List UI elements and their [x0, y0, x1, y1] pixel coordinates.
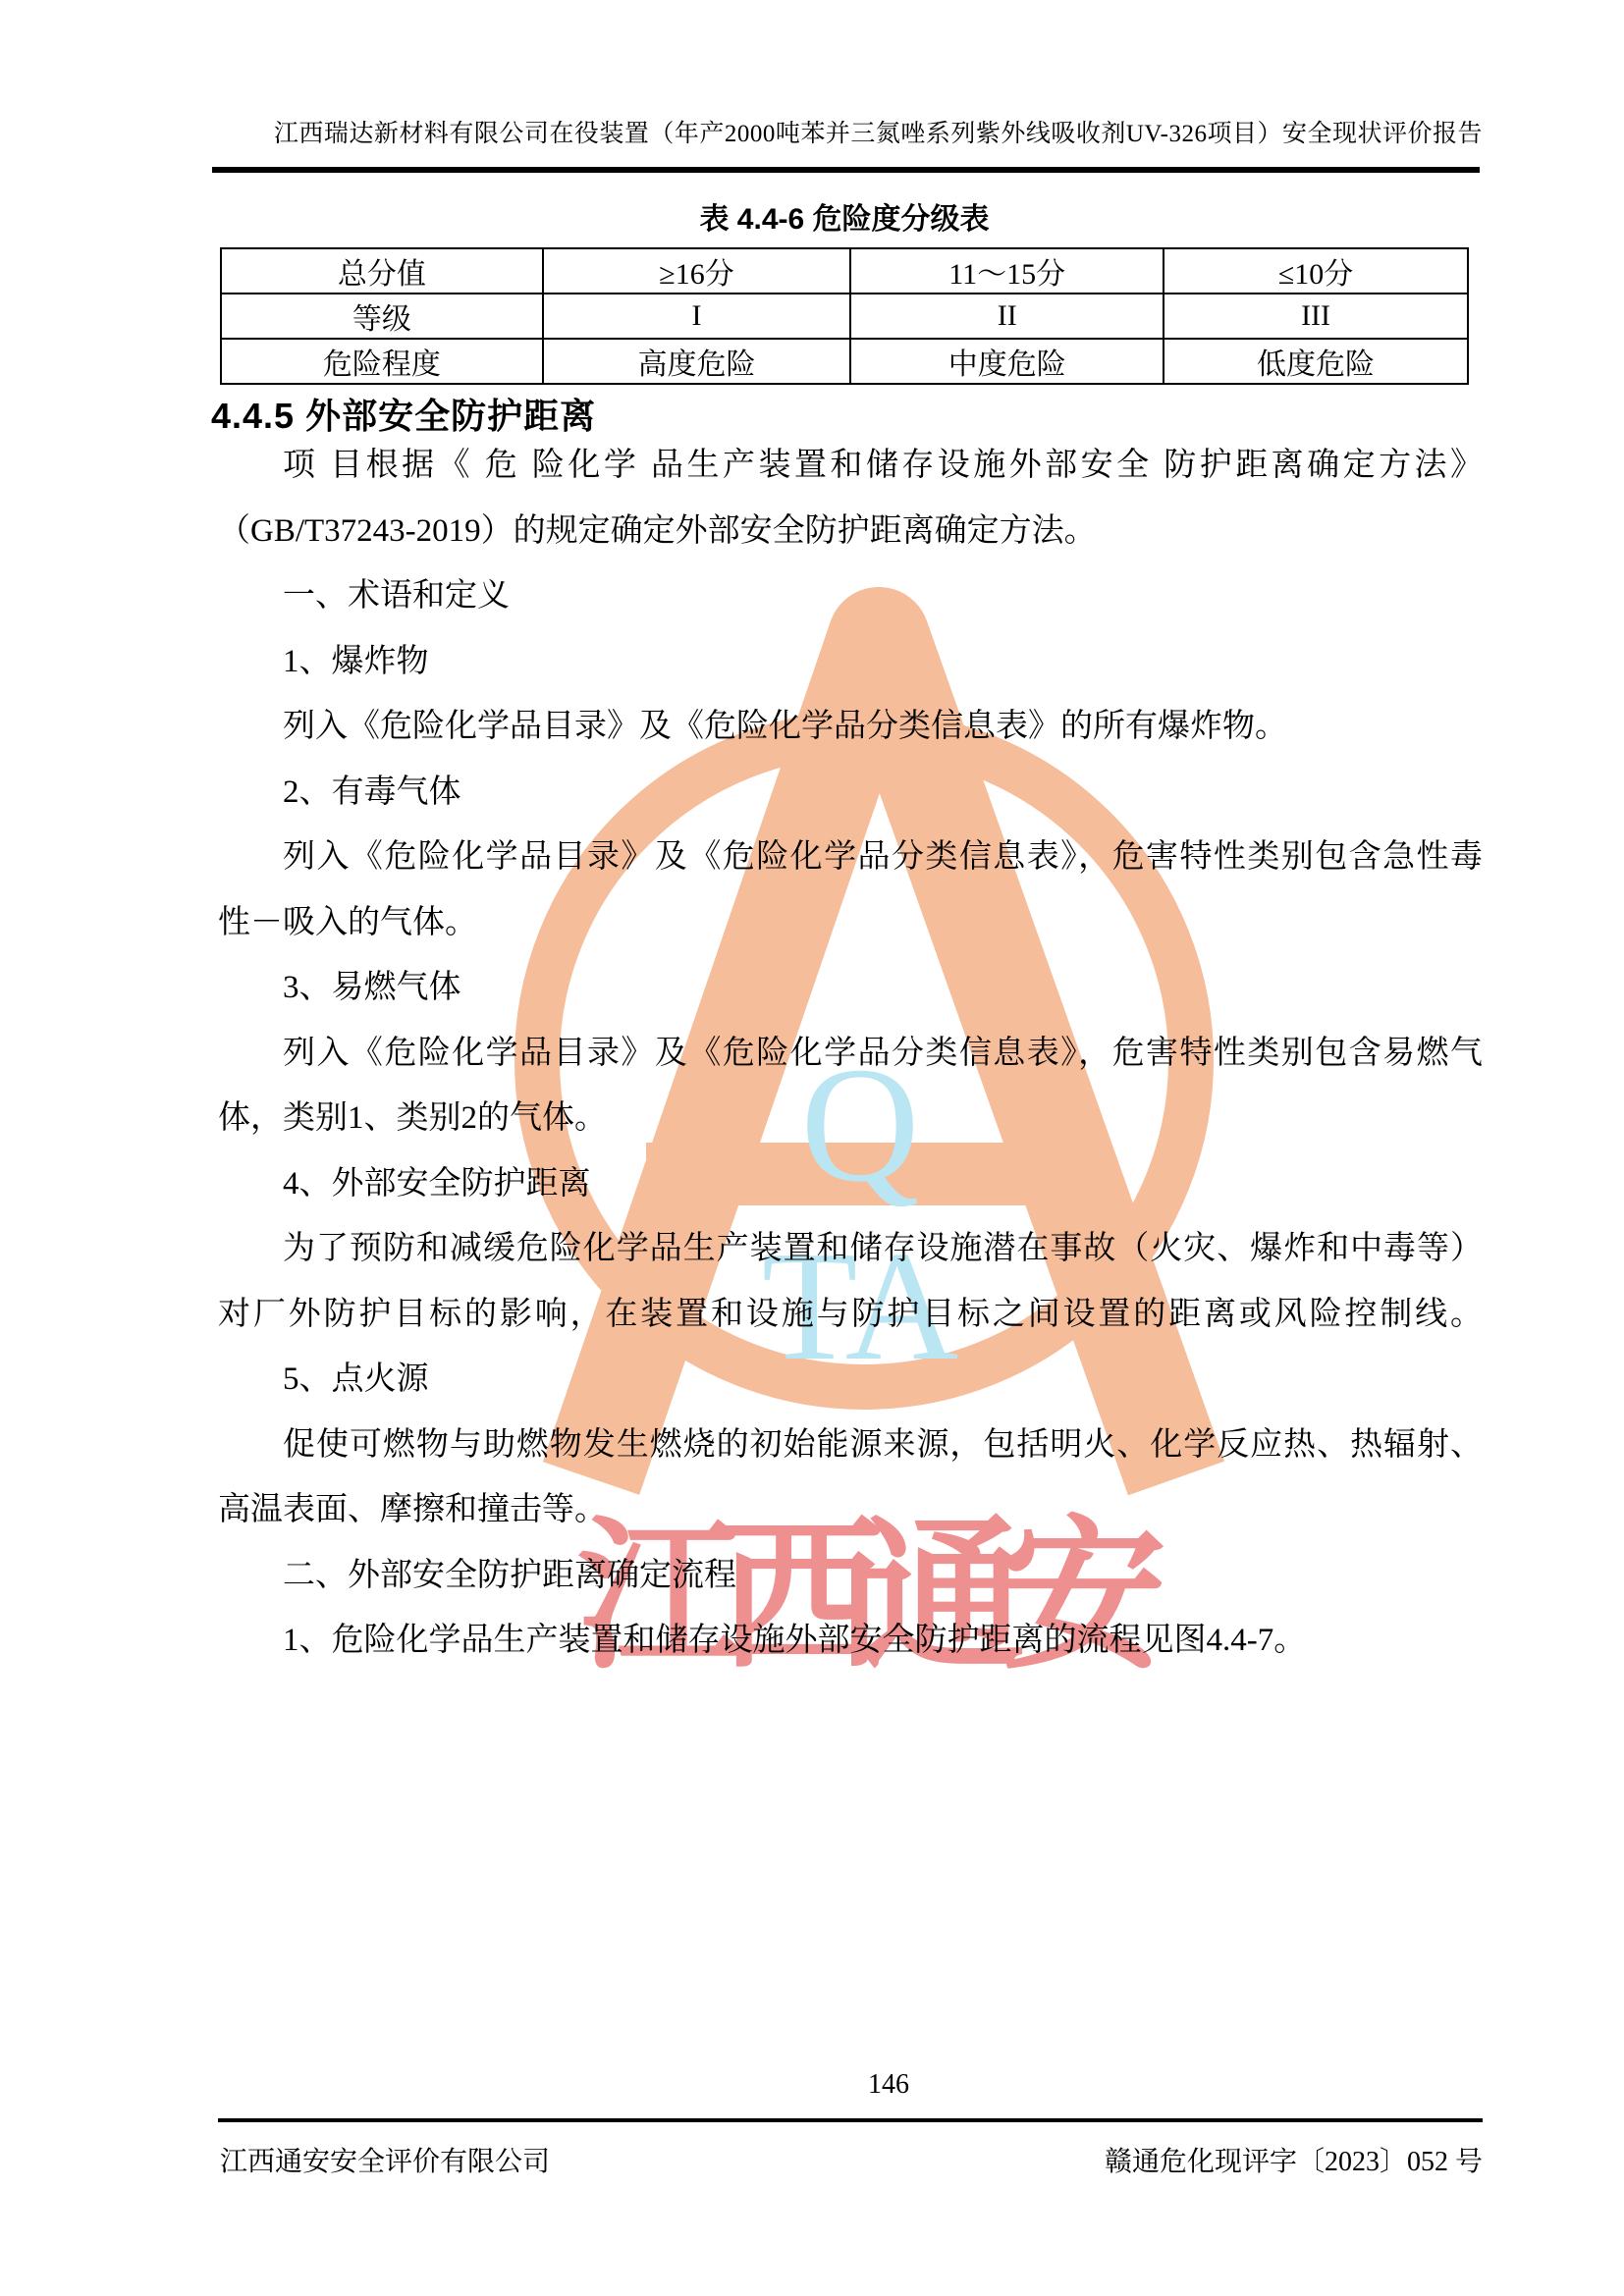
paragraph-line: 为了预防和减缓危险化学品生产装置和储存设施潜在事故（火灾、爆炸和中毒等）: [218, 1216, 1483, 1282]
table-cell: 等级: [221, 294, 543, 339]
paragraph-line: （GB/T37243-2019）的规定确定外部安全防护距离确定方法。: [218, 499, 1483, 564]
paragraph-line: 5、点火源: [218, 1347, 1483, 1413]
paragraph-line: 体，类别1、类别2的气体。: [218, 1086, 1483, 1151]
paragraph-line: 性－吸入的气体。: [218, 890, 1483, 956]
hazard-grading-table: 总分值 ≥16分 11～15分 ≤10分 等级 I II III 危险程度 高度…: [220, 247, 1469, 385]
paragraph-line: 3、易燃气体: [218, 955, 1483, 1021]
table-cell: III: [1164, 294, 1468, 339]
paragraph-line: 1、爆炸物: [218, 629, 1483, 695]
paragraph-line: 1、危险化学品生产装置和储存设施外部安全防护距离的流程见图4.4-7。: [218, 1608, 1483, 1674]
table-cell: 11～15分: [850, 248, 1164, 294]
footer-rule: [218, 2118, 1483, 2122]
table-row: 总分值 ≥16分 11～15分 ≤10分: [221, 248, 1468, 294]
paragraph-line: 项 目根据《 危 险化学 品生产装置和储存设施外部安全 防护距离确定方法》: [218, 433, 1483, 499]
paragraph-line: 列入《危险化学品目录》及《危险化学品分类信息表》，危害特性类别包含易燃气: [218, 1021, 1483, 1087]
paragraph-line: 2、有毒气体: [218, 760, 1483, 826]
report-header-title: 江西瑞达新材料有限公司在役装置（年产2000吨苯并三氮唑系列紫外线吸收剂UV-3…: [218, 114, 1483, 149]
table-caption: 表 4.4-6 危险度分级表: [220, 194, 1469, 238]
table-cell: ≥16分: [543, 248, 851, 294]
page-content: 江西瑞达新材料有限公司在役装置（年产2000吨苯并三氮唑系列紫外线吸收剂UV-3…: [0, 0, 1624, 2296]
paragraph-line: 二、外部安全防护距离确定流程: [218, 1543, 1483, 1609]
table-row: 等级 I II III: [221, 294, 1468, 339]
table-cell: 高度危险: [543, 339, 851, 384]
paragraph-line: 一、术语和定义: [218, 563, 1483, 629]
footer-company: 江西通安安全评价有限公司: [220, 2140, 550, 2179]
paragraph-line: 列入《危险化学品目录》及《危险化学品分类信息表》的所有爆炸物。: [218, 694, 1483, 760]
paragraph-line: 4、外部安全防护距离: [218, 1151, 1483, 1217]
table-cell: 危险程度: [221, 339, 543, 384]
table-row: 危险程度 高度危险 中度危险 低度危险: [221, 339, 1468, 384]
paragraph-line: 对厂外防护目标的影响，在装置和设施与防护目标之间设置的距离或风险控制线。: [218, 1282, 1483, 1348]
section-heading: 4.4.5 外部安全防护距离: [211, 389, 596, 439]
table-cell: I: [543, 294, 851, 339]
paragraph-line: 列入《危险化学品目录》及《危险化学品分类信息表》，危害特性类别包含急性毒: [218, 825, 1483, 890]
table-cell: ≤10分: [1164, 248, 1468, 294]
body-text: 项 目根据《 危 险化学 品生产装置和储存设施外部安全 防护距离确定方法》 （G…: [218, 433, 1483, 1674]
table-cell: II: [850, 294, 1164, 339]
paragraph-line: 促使可燃物与助燃物发生燃烧的初始能源来源，包括明火、化学反应热、热辐射、: [218, 1413, 1483, 1478]
page-number: 146: [868, 2069, 909, 2101]
paragraph-line: 高温表面、摩擦和撞击等。: [218, 1477, 1483, 1543]
header-rule: [212, 167, 1480, 173]
document-page: Q TA 江西通安 江西瑞达新材料有限公司在役装置（年产2000吨苯并三氮唑系列…: [0, 0, 1624, 2296]
table-cell: 低度危险: [1164, 339, 1468, 384]
footer-doc-number: 赣通危化现评字〔2023〕052 号: [1105, 2140, 1483, 2179]
table-cell: 中度危险: [850, 339, 1164, 384]
table-cell: 总分值: [221, 248, 543, 294]
